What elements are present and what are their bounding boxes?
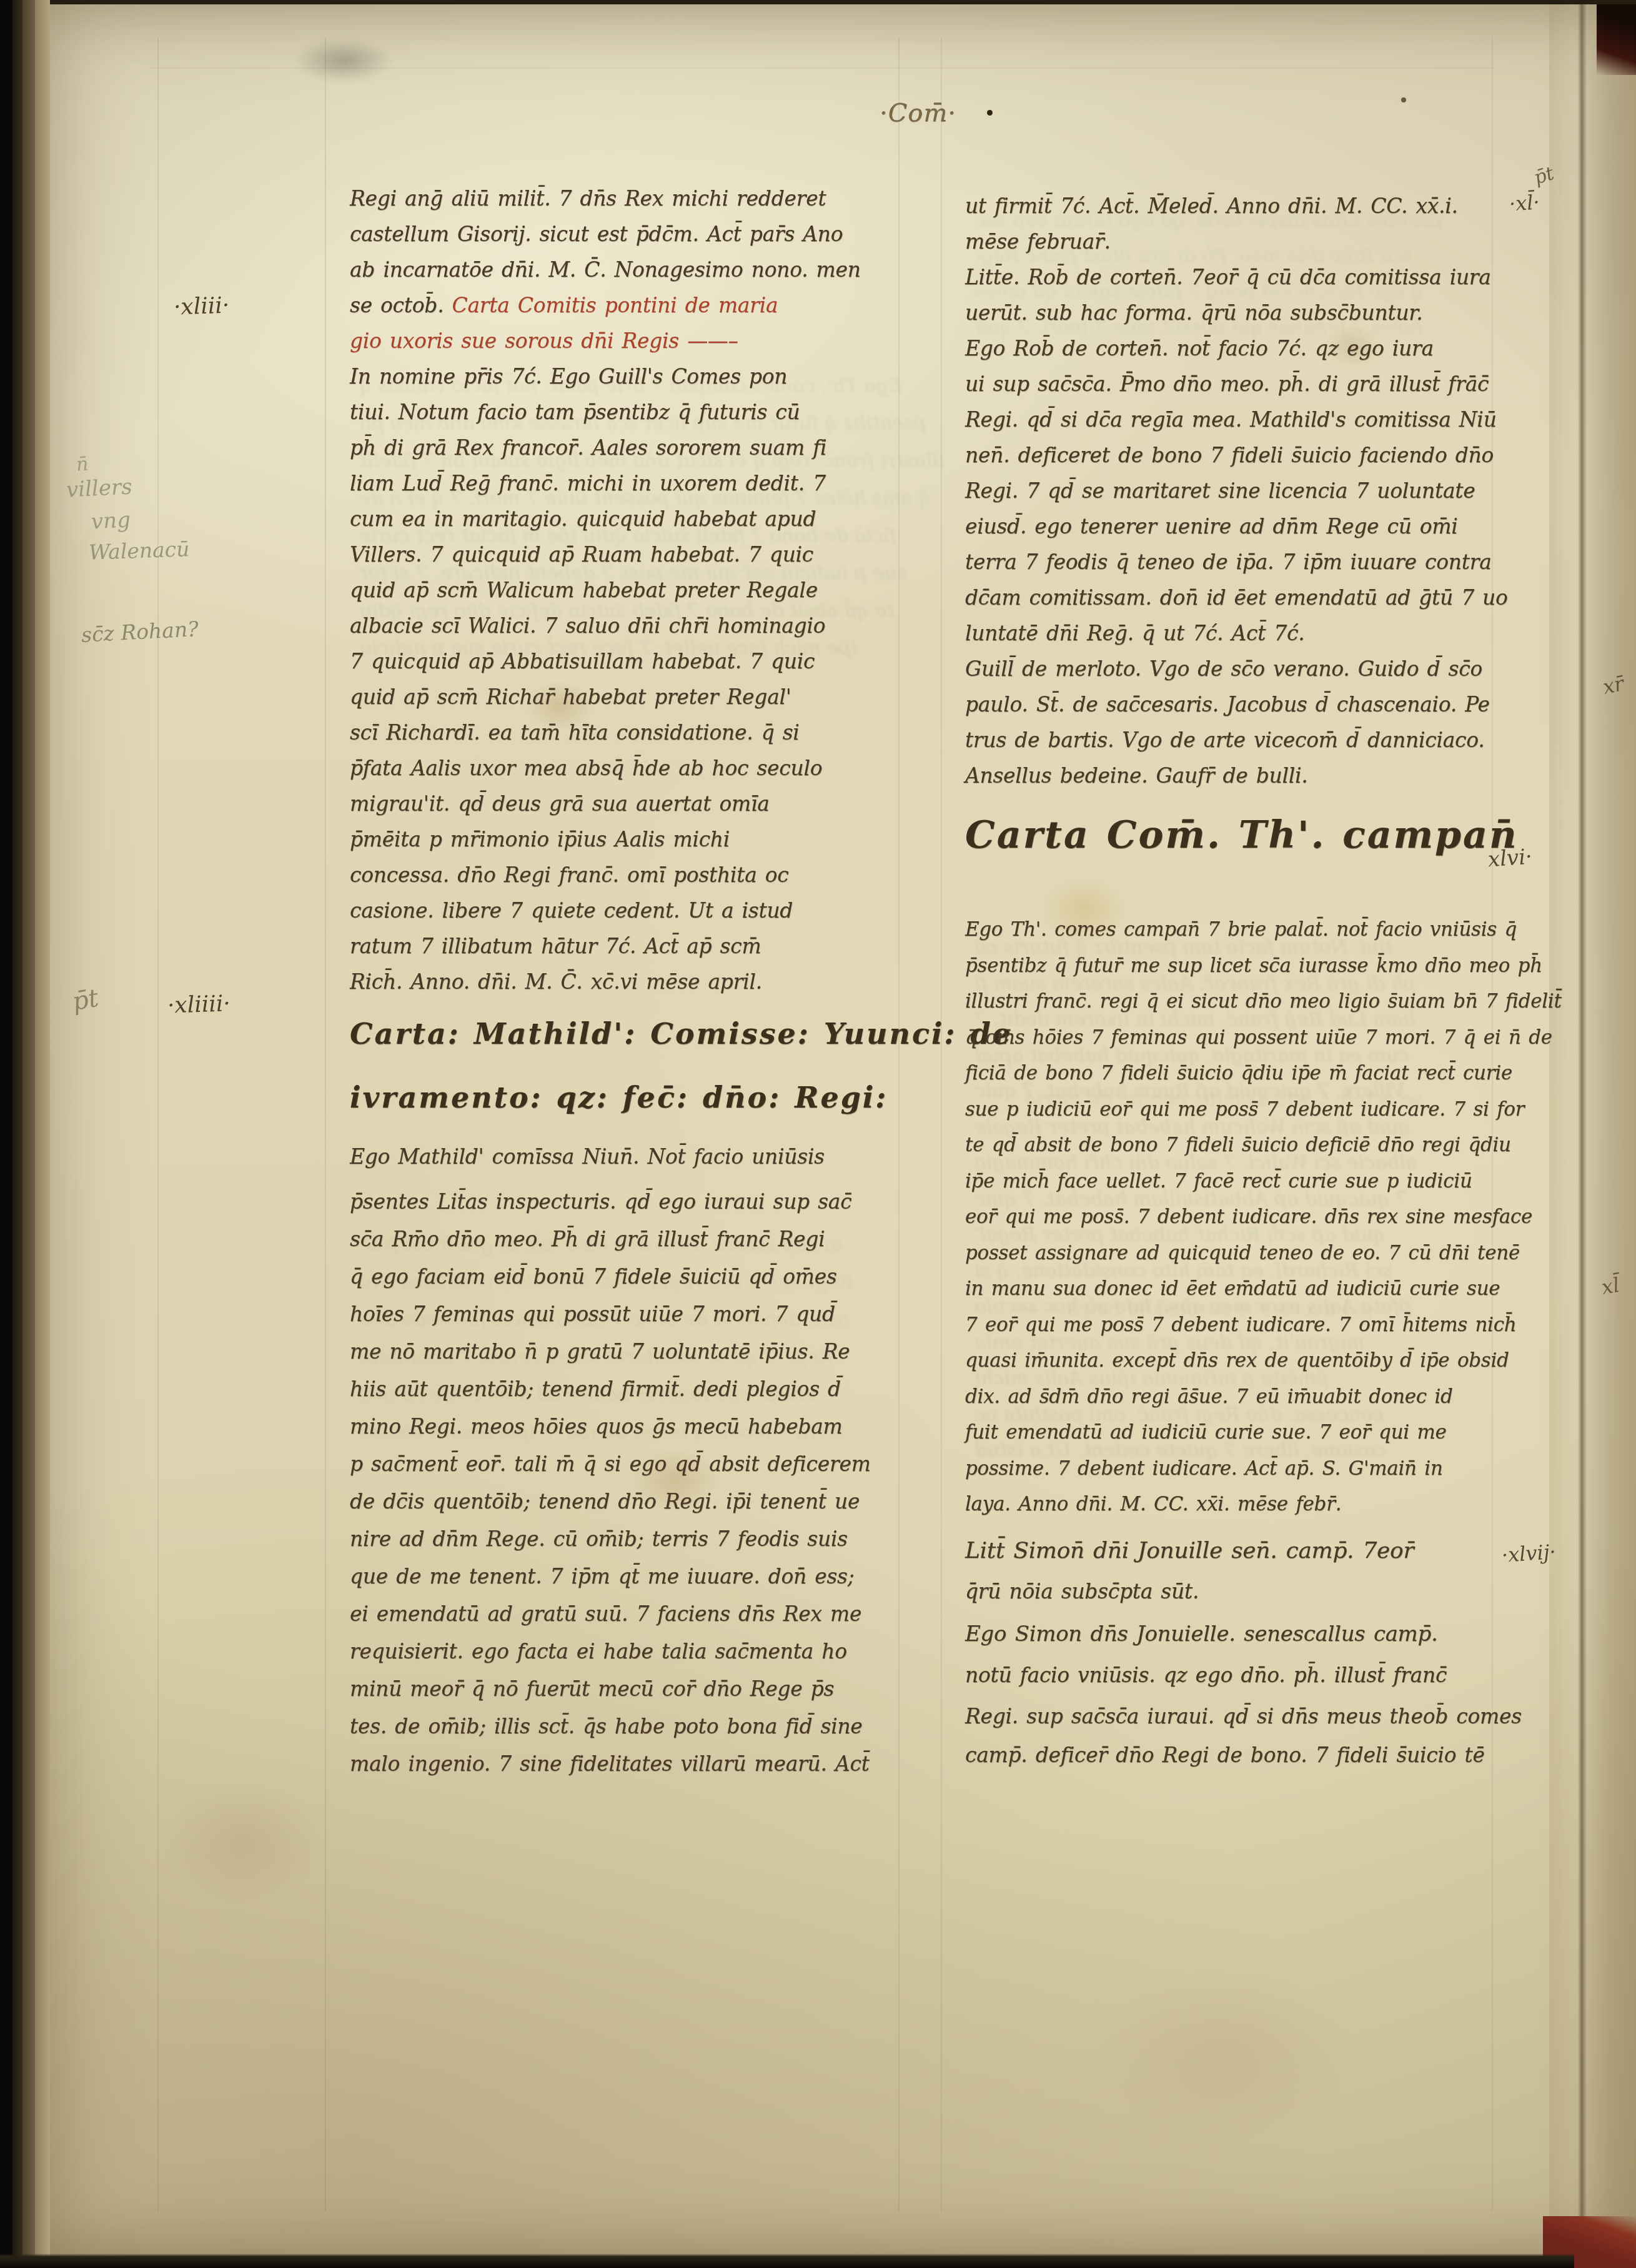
manuscript-line: q̄rū nōia subsc̄pta sūt.	[965, 1579, 1199, 1603]
manuscript-line: sue p iudiciū eor̄ qui me poss̄ 7 debent…	[965, 1098, 1524, 1121]
manuscript-line: albacie scī Walici. 7 saluo dn̄i chr̄i h…	[350, 613, 825, 638]
manuscript-line: ph̄ di grā Rex francor̄. Aales sororem s…	[350, 435, 826, 460]
manuscript-line: trus de bartis. Vgo de arte vicecom̄ d̄ …	[965, 728, 1484, 752]
manuscript-line: camp̄. deficer̄ dn̄o Regi de bono. 7 fid…	[965, 1743, 1485, 1767]
manuscript-line: Ego Th'. comes campan̄ 7 brie palat̄. no…	[965, 918, 1517, 941]
ruling-line-center-2	[941, 37, 942, 2211]
ink-dot	[987, 110, 993, 116]
manuscript-line: Ego Rob̄ de corten̄. not̄ facio 7ć. qz e…	[965, 336, 1434, 360]
manuscript-line: de dc̄is quentōib; tenend dn̄o Regi. ip̄…	[350, 1489, 860, 1513]
note-line-3: vng	[91, 507, 131, 534]
manuscript-line: dix. ad s̄dm̄ dn̄o regi ās̄ue. 7 eū im̄u…	[965, 1385, 1453, 1408]
manuscript-line: te qd̄ absit de bono 7 fideli s̄uicio de…	[965, 1134, 1511, 1156]
manuscript-line: q̄ om̄s hōies 7 feminas qui possent uiūe…	[965, 1026, 1552, 1049]
manuscript-line: eor̄ qui me poss̄. 7 debent iudicare. dn…	[965, 1206, 1532, 1228]
manuscript-line: ui sup sac̄sc̄a. P̄mo dn̄o meo. ph̄. di …	[965, 372, 1489, 396]
manuscript-line: Regi. qd̄ si dc̄a regīa mea. Mathild's c…	[965, 407, 1497, 432]
manuscript-line: casione. libere 7 quiete cedent. Ut a is…	[350, 898, 793, 923]
manuscript-line: hiis aūt quentōib; tenend firmit̄. dedi …	[350, 1377, 841, 1401]
note-line-1: n̄	[76, 453, 89, 475]
manuscript-line: In nomine pr̄is 7ć. Ego Guill's Comes po…	[350, 364, 787, 389]
manuscript-line: Litt̄ Simon̄ dn̄i Jonuille sen̄. camp̄. …	[965, 1538, 1414, 1563]
manuscript-line: ficiā de bono 7 fideli s̄uicio q̄diu ip̄…	[965, 1062, 1512, 1084]
manuscript-line: ei emendatū ad gratū suū. 7 faciens dn̄s…	[350, 1602, 861, 1626]
manuscript-line: Ego Mathild' comīssa Niun̄. Not̄ facio u…	[350, 1144, 825, 1169]
page-edge-stack-1	[12, 0, 22, 2268]
manuscript-line: me nō maritabo n̄ p gratū 7 uoluntatē ip…	[350, 1339, 850, 1364]
page-edge-stack-3	[35, 0, 50, 2268]
manuscript-line: Rich̄. Anno. dn̄i. M. C̄. xc̄.vi mēse ap…	[350, 969, 762, 994]
ruling-line-left-column	[325, 37, 326, 2211]
manuscript-line: ip̄e mich̄ face uellet. 7 facē rect̄ cur…	[965, 1170, 1472, 1192]
display-heading: Carta Com̄. Th'. campan̄	[965, 813, 1519, 857]
page-edge-stack-2	[22, 0, 35, 2268]
page-top-edge	[50, 0, 1636, 4]
manuscript-line: malo ingenio. 7 sine fidelitates villarū…	[350, 1751, 870, 1776]
manuscript-line: uerūt. sub hac forma. q̄rū nōa subsc̄bun…	[965, 300, 1422, 325]
display-heading: Carta: Mathild': Comisse: Yuunci: de	[350, 1017, 1013, 1051]
manuscript-line: que de me tenent. 7 ip̄m qt̄ me iuuare. …	[350, 1564, 855, 1588]
note-line-2: villers	[66, 474, 133, 502]
manuscript-line: p̄sentes Lit̄as inspecturis. qd̄ ego iur…	[350, 1189, 851, 1214]
manuscript-line: liam Lud̄ Reḡ franc̄. michi in uxorem de…	[350, 471, 826, 495]
manuscript-line: quasi im̄unita. except̄ dn̄s rex de quen…	[965, 1349, 1509, 1372]
manuscript-line: Litt̄e. Rob̄ de corten̄. 7eor̄ q̄ cū dc̄…	[965, 265, 1491, 289]
manuscript-line: minū meor̄ q̄ nō fuerūt mecū cor̄ dn̄o R…	[350, 1676, 834, 1701]
manuscript-line: p̄sentibz q̄ futur̄ me sup licet sc̄a iu…	[965, 954, 1542, 977]
rubric-text: gio uxoris sue sorous dn̄i Regis ——–	[350, 329, 738, 353]
manuscript-line: ut firmit̄ 7ć. Act̄. M̄eled̄. Anno dn̄i.…	[965, 194, 1458, 218]
manuscript-line: 7 eor̄ qui me poss̄ 7 debent iudicare. 7…	[965, 1314, 1516, 1336]
rubric-line: se octob̄. Carta Comitis pontini de mari…	[350, 293, 778, 317]
manuscript-line: fuit emendatū ad iudiciū curie sue. 7 eo…	[965, 1421, 1447, 1443]
manuscript-line: eiusd̄. ego tenerer uenire ad dn̄m Rege …	[965, 514, 1458, 538]
ruling-line-left-margin	[157, 37, 159, 2211]
manuscript-line: tiui. Notum facio tam p̄sentibz q̄ futur…	[350, 400, 800, 424]
ruling-line-center-1	[898, 37, 900, 2211]
manuscript-line: scī Richardī. ea tam̄ hīta considatione.…	[350, 720, 800, 745]
manuscript-line: quid ap̄ scm̄ Walicum habebat preter Reg…	[350, 578, 818, 602]
manuscript-line: p̄mēita p mr̄imonio ip̄ius Aalis michi	[350, 827, 730, 851]
manuscript-line: mino Regi. meos hōies quos ḡs mecū habeb…	[350, 1414, 843, 1439]
manuscript-line: castellum Gisorij. sicut est p̄dc̄m. Act…	[350, 222, 843, 246]
background-left	[0, 0, 12, 2268]
manuscript-line: p̄fata Aalis uxor mea absq̄ h̄de ab hoc …	[350, 756, 822, 780]
manuscript-line: Regi anḡ aliū milit̄. 7 dn̄s Rex michi r…	[350, 186, 826, 210]
manuscript-line: cum ea in maritagio. quicquid habebat ap…	[350, 507, 816, 531]
manuscript-photo: ·Com̄· ·xliii·n̄villersvngWalenacūsc̄z R…	[0, 0, 1636, 2268]
manuscript-line: ab incarnatōe dn̄i. M. C̄. Nonagesimo no…	[350, 257, 861, 282]
manuscript-line: Regi. 7 qd̄ se maritaret sine licencia 7…	[965, 478, 1475, 503]
manuscript-line: mēse februar̄.	[965, 229, 1111, 254]
rubric-line: gio uxoris sue sorous dn̄i Regis ——–	[350, 329, 738, 353]
manuscript-line: paulo. St̄. de sac̄cesaris. Jacobus d̄ c…	[965, 692, 1490, 716]
next-folio-fore-edge	[1549, 4, 1636, 2260]
cross-mark: p̄t	[70, 984, 101, 1017]
manuscript-line: Ego Simon dn̄s Jonuielle. senescallus ca…	[965, 1622, 1438, 1647]
binding-corner-top-right	[1597, 0, 1636, 75]
manuscript-line: dc̄am comitissam. don̄ id ēet emendatū a…	[965, 585, 1508, 610]
manuscript-line: Villers. 7 quicquid ap̄ Ruam habebat. 7 …	[350, 542, 813, 567]
manuscript-line: notū facio vniūsis. qz ego dn̄o. ph̄. il…	[965, 1663, 1447, 1687]
manuscript-line: luntatē dn̄i Reḡ. q̄ ut 7ć. Act̄ 7ć.	[965, 621, 1304, 645]
manuscript-line: hoīes 7 feminas qui possūt uiūe 7 mori. …	[350, 1302, 835, 1326]
manuscript-line: tes. de om̄ib; illis sct̄. q̄s habe poto…	[350, 1714, 863, 1738]
manuscript-line: ratum 7 illibatum hātur 7ć. Act̄ ap̄ scm…	[350, 934, 761, 958]
manuscript-line: p sac̄ment̄ eor̄. tali m̄ q̄ si ego qd̄ …	[350, 1452, 871, 1476]
manuscript-line: quid ap̄ scm̄ Richar̄ habebat preter Reg…	[350, 685, 791, 709]
ruling-line-right-column	[1492, 37, 1493, 2211]
ink-dot	[1401, 97, 1406, 102]
manuscript-line: terra 7 feodis q̄ teneo de ip̄a. 7 ip̄m …	[965, 550, 1492, 574]
body-text: se octob̄.	[350, 293, 452, 317]
manuscript-line: migrau'it. qd̄ deus grā sua auertat omīa	[350, 791, 770, 816]
folio-xliiii: ·xliiii·	[167, 991, 231, 1018]
manuscript-line: concessa. dn̄o Regi franc̄. omī posthita…	[350, 863, 788, 887]
note-line-4: Walenacū	[88, 537, 190, 565]
manuscript-line: nire ad dn̄m Rege. cū om̄ib; terris 7 fe…	[350, 1527, 848, 1551]
page-bottom-edge	[0, 2254, 1574, 2268]
manuscript-line: Regi. sup sac̄sc̄a iuraui. qd̄ si dn̄s m…	[965, 1704, 1522, 1728]
ink-smudge	[294, 39, 394, 82]
folio-xlv: ·xl̄·	[1509, 190, 1540, 215]
manuscript-line: laya. Anno dn̄i. M. CC. xx̄i. mēse febr̄…	[965, 1493, 1341, 1515]
manuscript-line: requisierit. ego facta ei habe talia sac…	[350, 1639, 847, 1663]
manuscript-line: Ansellus bedeine. Gaufr̄ de bulli.	[965, 763, 1308, 788]
manuscript-line: 7 quicquid ap̄ Abbatisuillam habebat. 7 …	[350, 649, 815, 673]
manuscript-line: illustri franc̄. regi q̄ ei sicut dn̄o m…	[965, 990, 1562, 1013]
manuscript-line: q̄ ego faciam eid̄ bonū 7 fidele s̄uiciū…	[350, 1264, 837, 1289]
fold-crease	[1578, 4, 1587, 2260]
running-header: ·Com̄·	[880, 99, 956, 127]
manuscript-line: possime. 7 debent iudicare. Act̄ ap̄. S.…	[965, 1457, 1443, 1480]
manuscript-line: sc̄a Rm̄o dn̄o meo. Ph̄ di grā illust̄ f…	[350, 1227, 825, 1251]
manuscript-line: nen̄. deficeret de bono 7 fideli s̄uicio…	[965, 443, 1494, 467]
folio-xlvij: ·xlvij·	[1501, 1540, 1557, 1567]
manuscript-line: in manu sua donec id ēet em̄datū ad iudi…	[965, 1277, 1500, 1300]
manuscript-line: posset assignare ad quicquid teneo de eo…	[965, 1242, 1520, 1264]
manuscript-line: Guill̄ de merloto. Vgo de sc̄o verano. G…	[965, 656, 1482, 681]
folio-xliii: ·xliii·	[173, 292, 230, 320]
display-heading: ivramento: qz: fec̄: dn̄o: Regi:	[350, 1081, 888, 1114]
rubric-text: Carta Comitis pontini de maria	[452, 293, 778, 317]
